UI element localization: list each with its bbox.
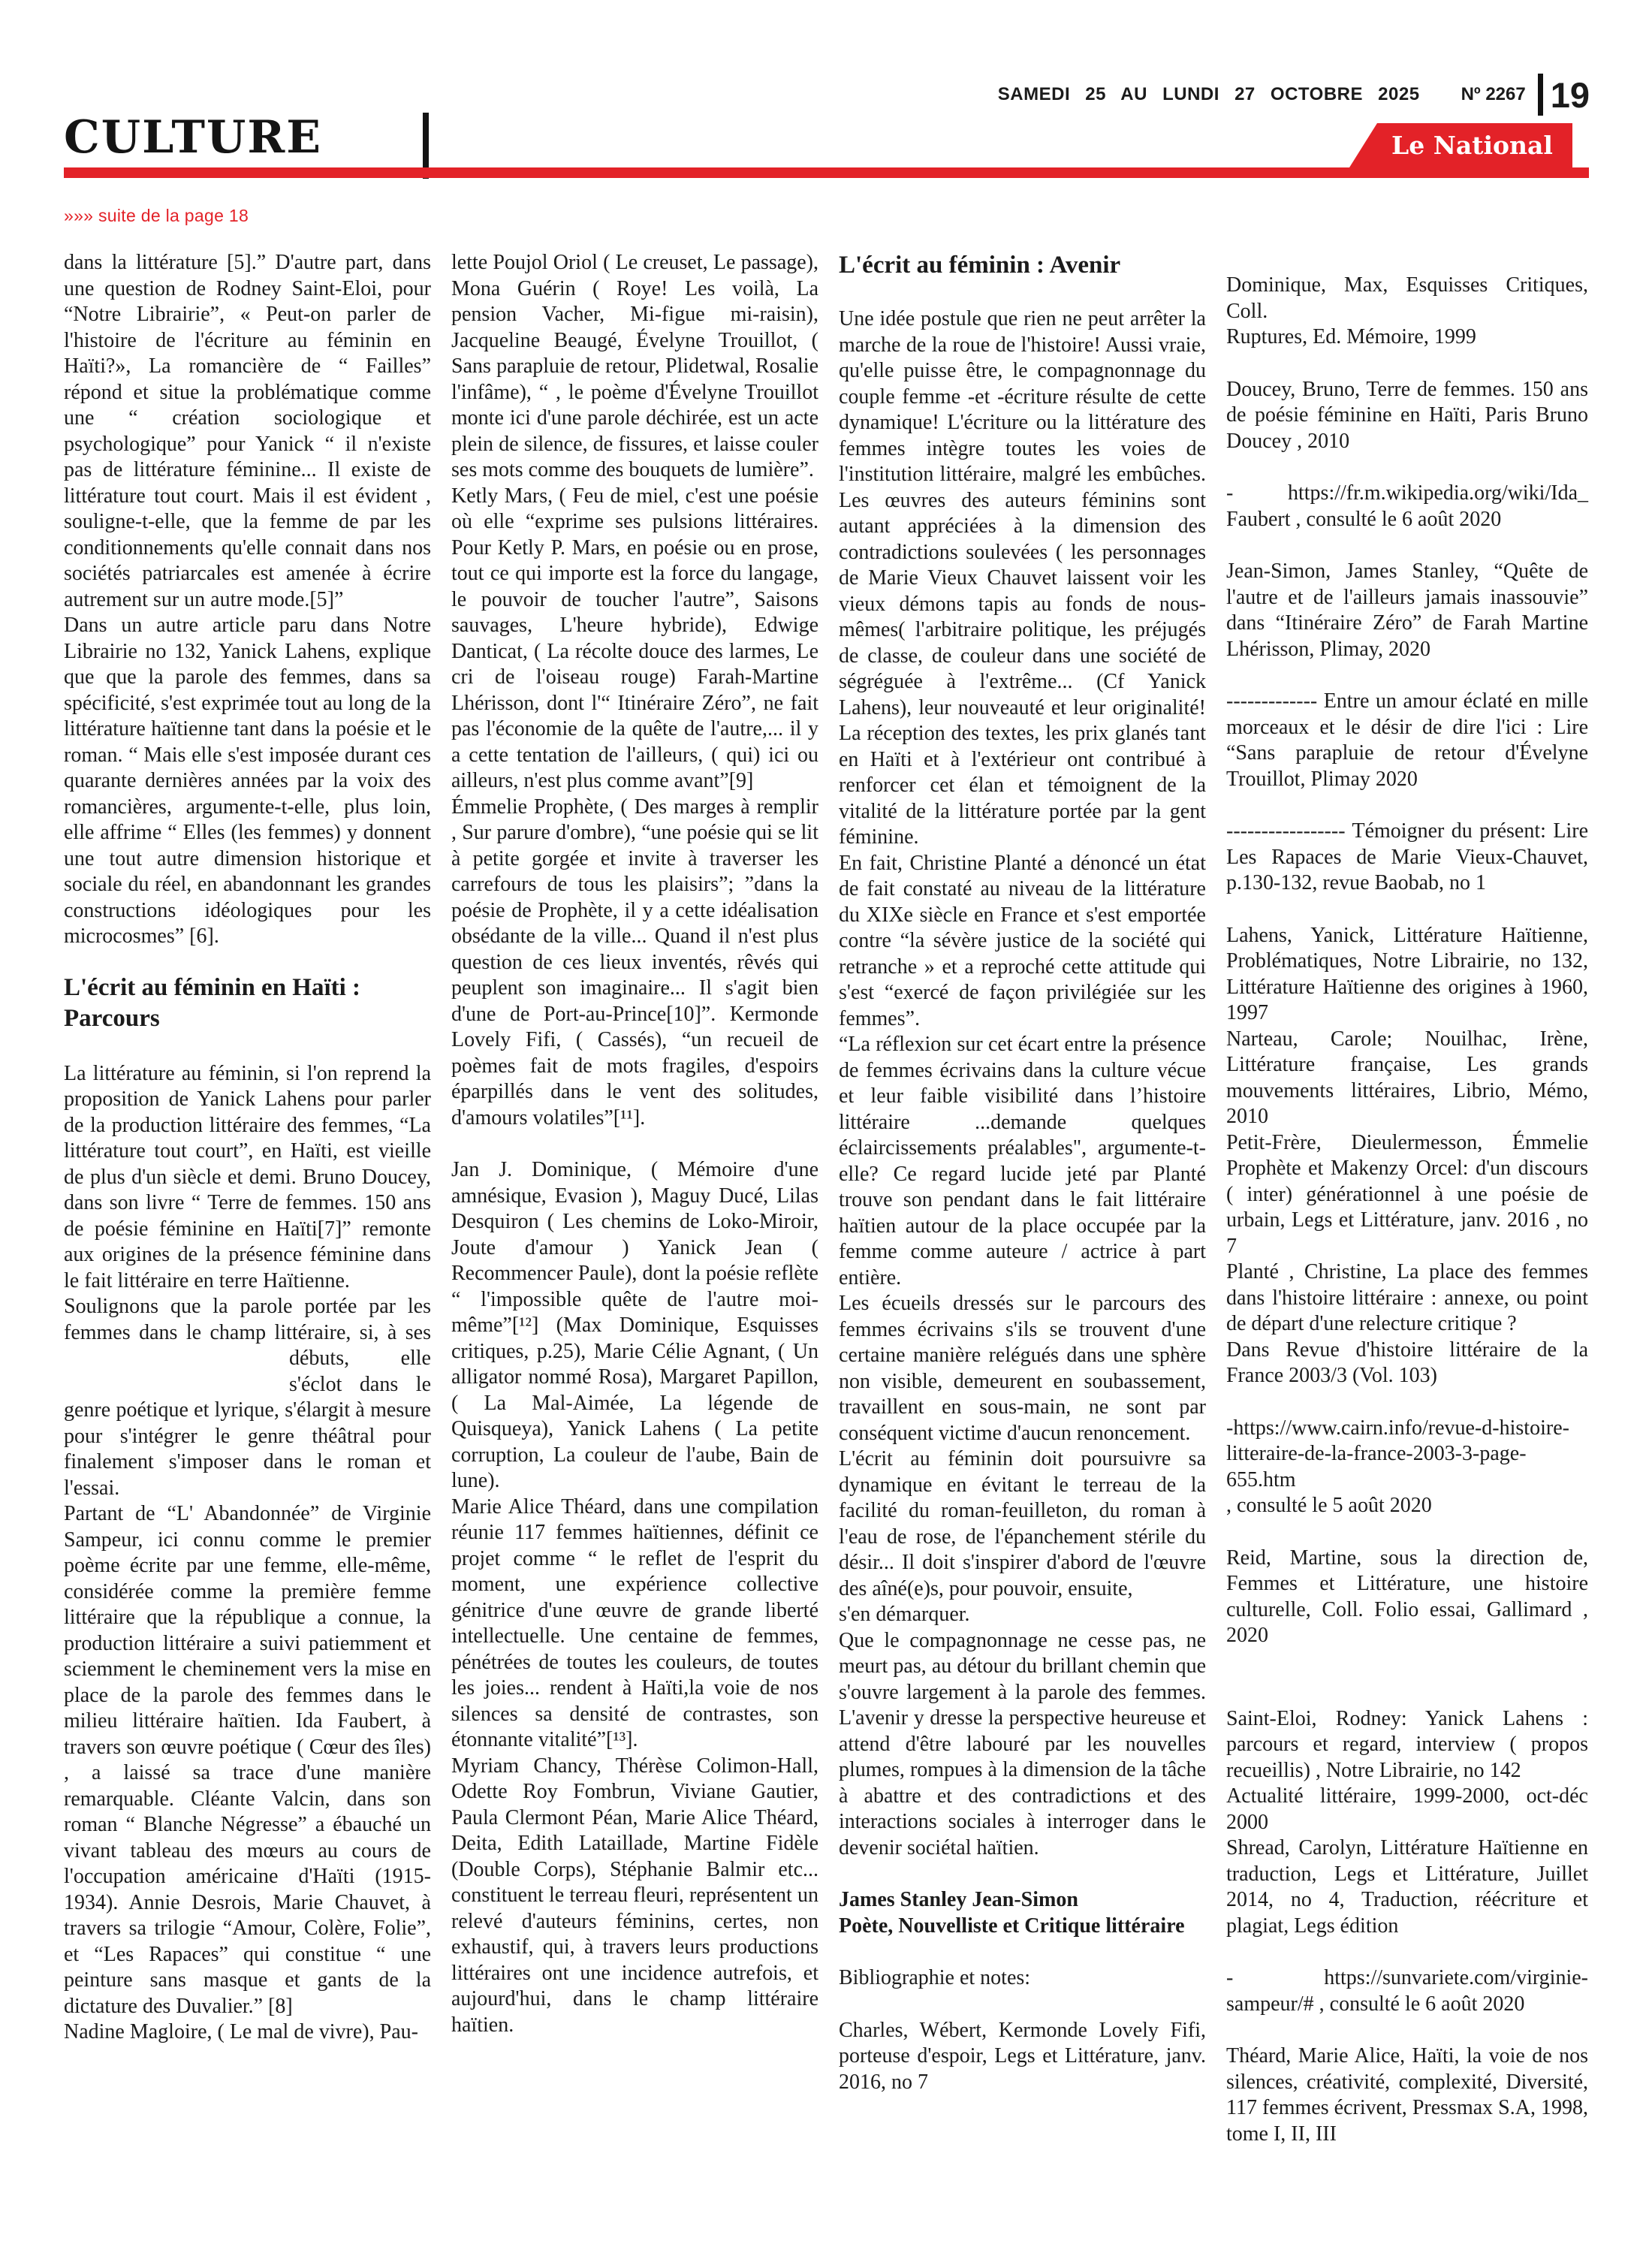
dateline-divider bbox=[1538, 74, 1543, 116]
bibliography-item: ----------------- Témoigner du présent: … bbox=[1226, 819, 1588, 897]
paragraph-text: Soulignons que la parole portée par les … bbox=[64, 1295, 431, 1344]
article-paragraph: Partant de “L' Abandonnée” de Virginie S… bbox=[64, 1501, 431, 2019]
bibliography-item: Petit-Frère, Dieulermesson, Émmelie Prop… bbox=[1226, 1130, 1588, 1260]
bibliography-item: Planté , Christine, La place des femmes … bbox=[1226, 1259, 1588, 1338]
bibliography-label: Bibliographie et notes: bbox=[839, 1965, 1206, 1992]
article-paragraph: Myriam Chancy, Thérèse Colimon-Hall, Ode… bbox=[451, 1754, 818, 2039]
newspaper-page: SAMEDI 25 AU LUNDI 27 OCTOBRE 2025 Nº 22… bbox=[0, 0, 1652, 2253]
section-title: CULTURE bbox=[64, 111, 322, 164]
bibliography-url: - https://fr.m.wikipedia.org/wiki/Ida_ F… bbox=[1226, 481, 1588, 532]
section-heading-parcours: L'écrit au féminin en Haïti : Parcours bbox=[64, 973, 431, 1034]
article-paragraph: Que le compagnonnage ne cesse pas, ne me… bbox=[839, 1628, 1206, 1862]
bibliography-item: Lahens, Yanick, Littérature Haïtienne, P… bbox=[1226, 923, 1588, 1027]
article-column-2: lette Poujol Oriol ( Le creuset, Le pass… bbox=[451, 250, 818, 2038]
issue-number: Nº 2267 bbox=[1461, 84, 1526, 105]
article-paragraph: Jan J. Dominique, ( Mémoire d'une amnési… bbox=[451, 1157, 818, 1494]
date-text: SAMEDI 25 AU LUNDI 27 OCTOBRE 2025 bbox=[998, 84, 1420, 105]
article-paragraph: Nadine Magloire, ( Le mal de vivre), Pau… bbox=[64, 2019, 431, 2046]
article-column-1: dans la littérature [5].” D'autre part, … bbox=[64, 250, 431, 2046]
article-paragraph: Ketly Mars, ( Feu de miel, c'est une poé… bbox=[451, 484, 818, 795]
bibliography-item: Actualité littéraire, 1999-2000, oct-déc… bbox=[1226, 1784, 1588, 1835]
article-paragraph: “La réflexion sur cet écart entre la pré… bbox=[839, 1032, 1206, 1291]
article-column-3: L'écrit au féminin : Avenir Une idée pos… bbox=[839, 250, 1206, 2095]
article-paragraph: Marie Alice Théard, dans une compilation… bbox=[451, 1494, 818, 1754]
bibliography-item: Dominique, Max, Esquisses Critiques, Col… bbox=[1226, 273, 1588, 324]
brand-name: Le National bbox=[1391, 131, 1553, 160]
brand-banner: Le National bbox=[1349, 123, 1572, 167]
article-paragraph: Soulignons que la parole portée par les … bbox=[64, 1294, 431, 1501]
article-column-4: Dominique, Max, Esquisses Critiques, Col… bbox=[1226, 273, 1588, 2147]
article-paragraph: L'écrit au féminin doit poursuivre sa dy… bbox=[839, 1446, 1206, 1602]
article-paragraph: Dans un autre article paru dans Notre Li… bbox=[64, 613, 431, 950]
bibliography-item: Jean-Simon, James Stanley, “Quête de l'a… bbox=[1226, 559, 1588, 662]
article-paragraph: Émmelie Prophète, ( Des marges à remplir… bbox=[451, 795, 818, 1132]
bibliography-url: -https://www.cairn.info/revue-d-histoire… bbox=[1226, 1416, 1588, 1494]
article-paragraph: La littérature au féminin, si l'on repre… bbox=[64, 1061, 431, 1295]
masthead-rule bbox=[64, 167, 1589, 178]
bibliography-item: Narteau, Carole; Nouilhac, Irène, Littér… bbox=[1226, 1027, 1588, 1130]
heading-line: L'écrit au féminin en Haïti : bbox=[64, 973, 431, 1003]
bibliography-item: , consulté le 5 août 2020 bbox=[1226, 1493, 1588, 1519]
dateline: SAMEDI 25 AU LUNDI 27 OCTOBRE 2025 Nº 22… bbox=[998, 74, 1590, 116]
bibliography-item: Théard, Marie Alice, Haïti, la voie de n… bbox=[1226, 2043, 1588, 2147]
bibliography-url: - https://sunvariete.com/virginie-sampeu… bbox=[1226, 1965, 1588, 2017]
author-name: James Stanley Jean-Simon bbox=[839, 1887, 1206, 1914]
section-heading-avenir: L'écrit au féminin : Avenir bbox=[839, 250, 1206, 281]
heading-line: Parcours bbox=[64, 1003, 431, 1034]
bibliography-item: Dans Revue d'histoire littéraire de la F… bbox=[1226, 1338, 1588, 1389]
author-role: Poète, Nouvelliste et Critique littérair… bbox=[839, 1914, 1206, 1940]
page-number: 19 bbox=[1551, 77, 1590, 113]
continuation-notice: »»» suite de la page 18 bbox=[64, 206, 249, 226]
article-paragraph: s'en démarquer. bbox=[839, 1602, 1206, 1628]
article-paragraph: Les écueils dressés sur le parcours des … bbox=[839, 1291, 1206, 1446]
article-paragraph: Une idée postule que rien ne peut arrête… bbox=[839, 306, 1206, 851]
article-paragraph: lette Poujol Oriol ( Le creuset, Le pass… bbox=[451, 250, 818, 484]
bibliography-item: Doucey, Bruno, Terre de femmes. 150 ans … bbox=[1226, 377, 1588, 455]
article-paragraph: En fait, Christine Planté a dénoncé un é… bbox=[839, 851, 1206, 1033]
bibliography-item: ------------- Entre un amour éclaté en m… bbox=[1226, 689, 1588, 792]
bibliography-item: Ruptures, Ed. Mémoire, 1999 bbox=[1226, 324, 1588, 351]
bibliography-item: Saint-Eloi, Rodney: Yanick Lahens : parc… bbox=[1226, 1706, 1588, 1784]
article-paragraph: dans la littérature [5].” D'autre part, … bbox=[64, 250, 431, 613]
bibliography-item: Shread, Carolyn, Littérature Haïtienne e… bbox=[1226, 1835, 1588, 1939]
text-wrap-spacer bbox=[64, 1346, 289, 1398]
bibliography-item: Charles, Wébert, Kermonde Lovely Fifi, p… bbox=[839, 2018, 1206, 2096]
bibliography-item: Reid, Martine, sous la direction de, Fem… bbox=[1226, 1546, 1588, 1649]
